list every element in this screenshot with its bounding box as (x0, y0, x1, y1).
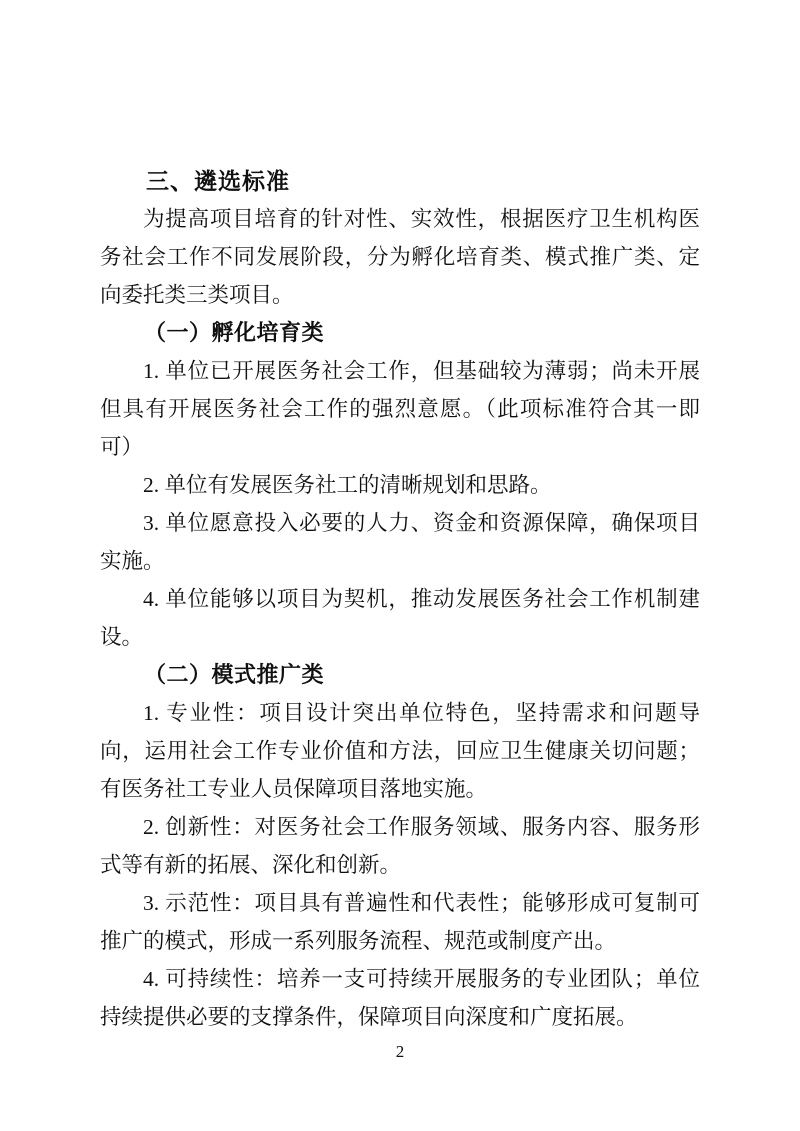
incubation-criterion-2: 2. 单位有发展医务社工的清晰规划和思路。 (100, 466, 700, 504)
section-heading: 三、遴选标准 (100, 162, 700, 200)
document-page: 三、遴选标准 为提高项目培育的针对性、实效性，根据医疗卫生机构医务社会工作不同发… (0, 0, 800, 1131)
subheading-model-promotion-category: （二）模式推广类 (100, 656, 700, 694)
intro-paragraph: 为提高项目培育的针对性、实效性，根据医疗卫生机构医务社会工作不同发展阶段，分为孵… (100, 200, 700, 314)
incubation-criterion-3: 3. 单位愿意投入必要的人力、资金和资源保障，确保项目实施。 (100, 504, 700, 580)
promotion-criterion-3: 3. 示范性：项目具有普遍性和代表性；能够形成可复制可推广的模式，形成一系列服务… (100, 884, 700, 960)
promotion-criterion-2: 2. 创新性：对医务社会工作服务领域、服务内容、服务形式等有新的拓展、深化和创新… (100, 808, 700, 884)
incubation-criterion-4: 4. 单位能够以项目为契机，推动发展医务社会工作机制建设。 (100, 580, 700, 656)
promotion-criterion-4: 4. 可持续性：培养一支可持续开展服务的专业团队；单位持续提供必要的支撑条件，保… (100, 960, 700, 1036)
document-text-block: 三、遴选标准 为提高项目培育的针对性、实效性，根据医疗卫生机构医务社会工作不同发… (100, 162, 700, 1036)
incubation-criterion-1: 1. 单位已开展医务社会工作，但基础较为薄弱；尚未开展但具有开展医务社会工作的强… (100, 352, 700, 466)
promotion-criterion-1: 1. 专业性：项目设计突出单位特色，坚持需求和问题导向，运用社会工作专业价值和方… (100, 694, 700, 808)
subheading-incubation-category: （一）孵化培育类 (100, 314, 700, 352)
page-number: 2 (0, 1042, 800, 1062)
